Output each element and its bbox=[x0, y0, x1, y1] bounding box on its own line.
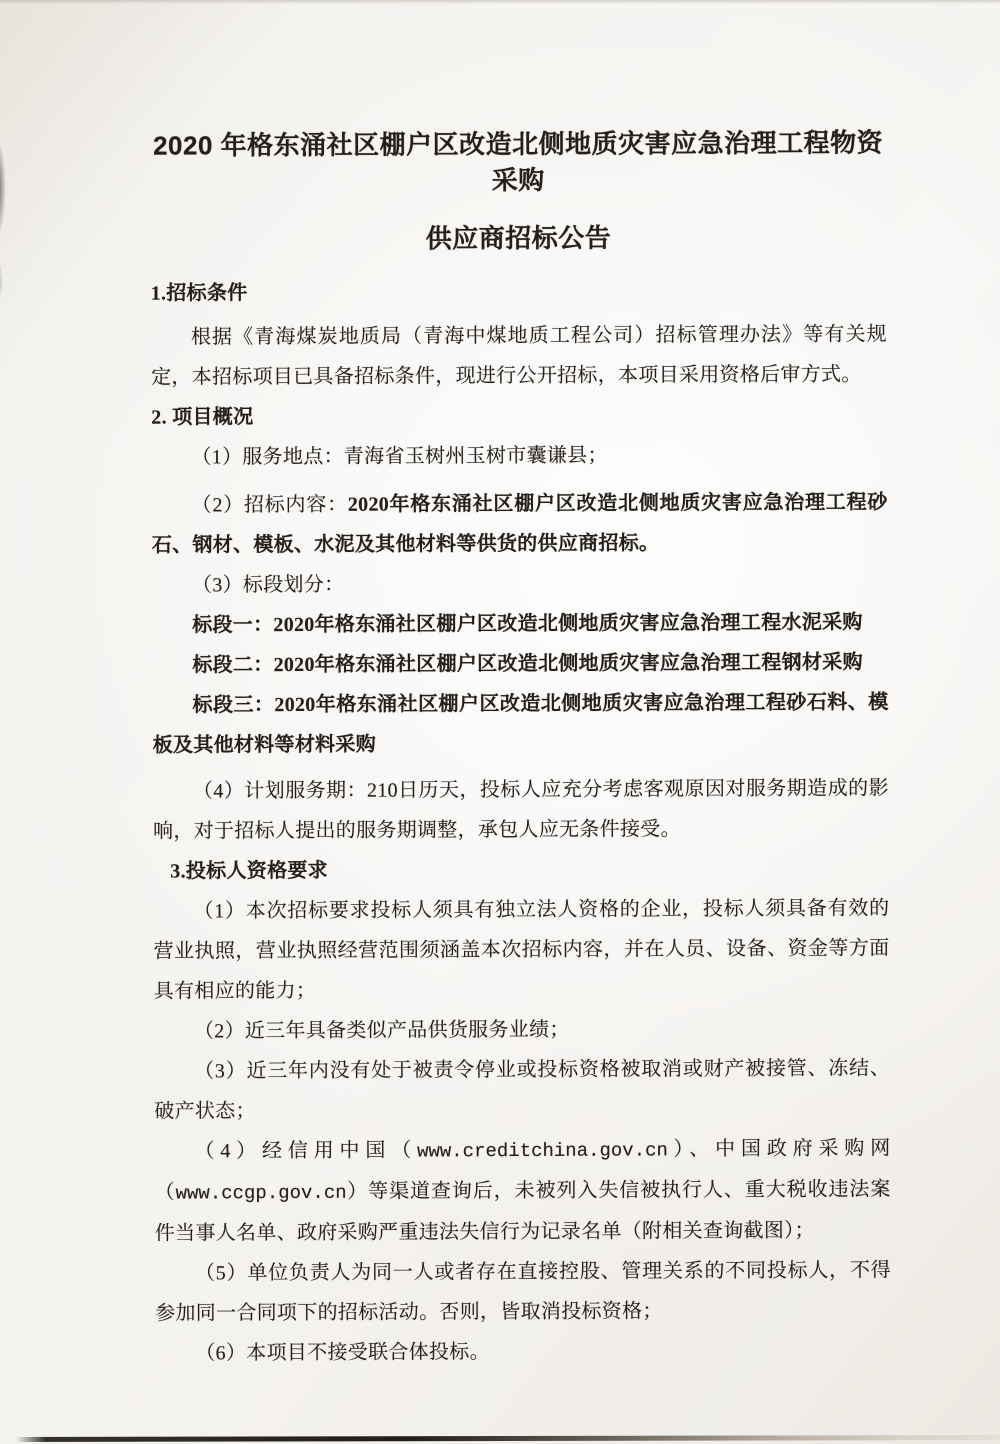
s2-lot-1: 标段一：2020年格东涌社区棚户区改造北侧地质灾害应急治理工程水泥采购 bbox=[152, 602, 888, 645]
s2-item-service-period: （4）计划服务期：210日历天，投标人应充分考虑客观原因对服务期造成的影响，对于… bbox=[153, 768, 889, 851]
document-page: 2020 年格东涌社区棚户区改造北侧地质灾害应急治理工程物资采购 供应商招标公告… bbox=[0, 0, 1000, 1444]
s3-item-4: （4）经信用中国（www.creditchina.gov.cn）、中国政府采购网… bbox=[154, 1128, 891, 1253]
scan-smudge-left bbox=[0, 138, 6, 238]
s2-lot-3: 标段三：2020年格东涌社区棚户区改造北侧地质灾害应急治理工程砂石料、模板及其他… bbox=[152, 682, 888, 765]
scan-shadow-bottom-edge bbox=[16, 1435, 1000, 1442]
section-1-body: 根据《青海煤炭地质局（青海中煤地质工程公司）招标管理办法》等有关规定，本招标项目… bbox=[151, 314, 887, 397]
section-1-heading: 1.招标条件 bbox=[151, 270, 887, 313]
s3-item-3: （3）近三年内没有处于被责令停业或投标资格被取消或财产被接管、冻结、破产状态； bbox=[154, 1048, 890, 1131]
scanned-tender-notice: { "doc": { "title": { "line1": "2020 年格东… bbox=[0, 0, 1000, 1444]
s2-lot-2: 标段二：2020年格东涌社区棚户区改造北侧地质灾害应急治理工程钢材采购 bbox=[152, 642, 888, 685]
scan-smudge-left-2 bbox=[0, 258, 3, 304]
document-title-line1: 2020 年格东涌社区棚户区改造北侧地质灾害应急治理工程物资采购 bbox=[150, 124, 886, 199]
s3-item-4-prefix: （4）经信用中国（ bbox=[194, 1139, 417, 1162]
document-content: 2020 年格东涌社区棚户区改造北侧地质灾害应急治理工程物资采购 供应商招标公告… bbox=[150, 124, 891, 1373]
s3-item-6: （6）本项目不接受联合体投标。 bbox=[155, 1330, 891, 1373]
ccgp-url: www.ccgp.gov.cn bbox=[176, 1182, 347, 1205]
s2-item-tender-content-label: （2）招标内容： bbox=[192, 494, 348, 517]
s2-item-service-location: （1）服务地点：青海省玉树州玉树市囊谦县； bbox=[151, 434, 887, 477]
s2-item-tender-content: （2）招标内容：2020年格东涌社区棚户区改造北侧地质灾害应急治理工程砂石、钢材… bbox=[152, 482, 888, 565]
section-3-heading: 3.投标人资格要求 bbox=[153, 848, 889, 891]
s2-item-lot-division-heading: （3）标段划分： bbox=[152, 562, 888, 605]
creditchina-url: www.creditchina.gov.cn bbox=[417, 1139, 668, 1162]
s3-item-2: （2）近三年具备类似产品供货服务业绩； bbox=[154, 1008, 890, 1051]
document-title-line2: 供应商招标公告 bbox=[150, 218, 886, 257]
s2-item-tender-content-project: 2020年格东涌社区棚户区改造北侧地质灾害应急治理工程 bbox=[348, 491, 868, 515]
section-2-heading: 2. 项目概况 bbox=[151, 394, 887, 437]
s3-item-5: （5）单位负责人为同一人或者存在直接控股、管理关系的不同投标人，不得参加同一合同… bbox=[155, 1250, 891, 1333]
s3-item-1: （1）本次招标要求投标人须具有独立法人资格的企业，投标人须具备有效的营业执照，营… bbox=[153, 888, 890, 1011]
scan-shadow-top-edge bbox=[0, 0, 1000, 4]
